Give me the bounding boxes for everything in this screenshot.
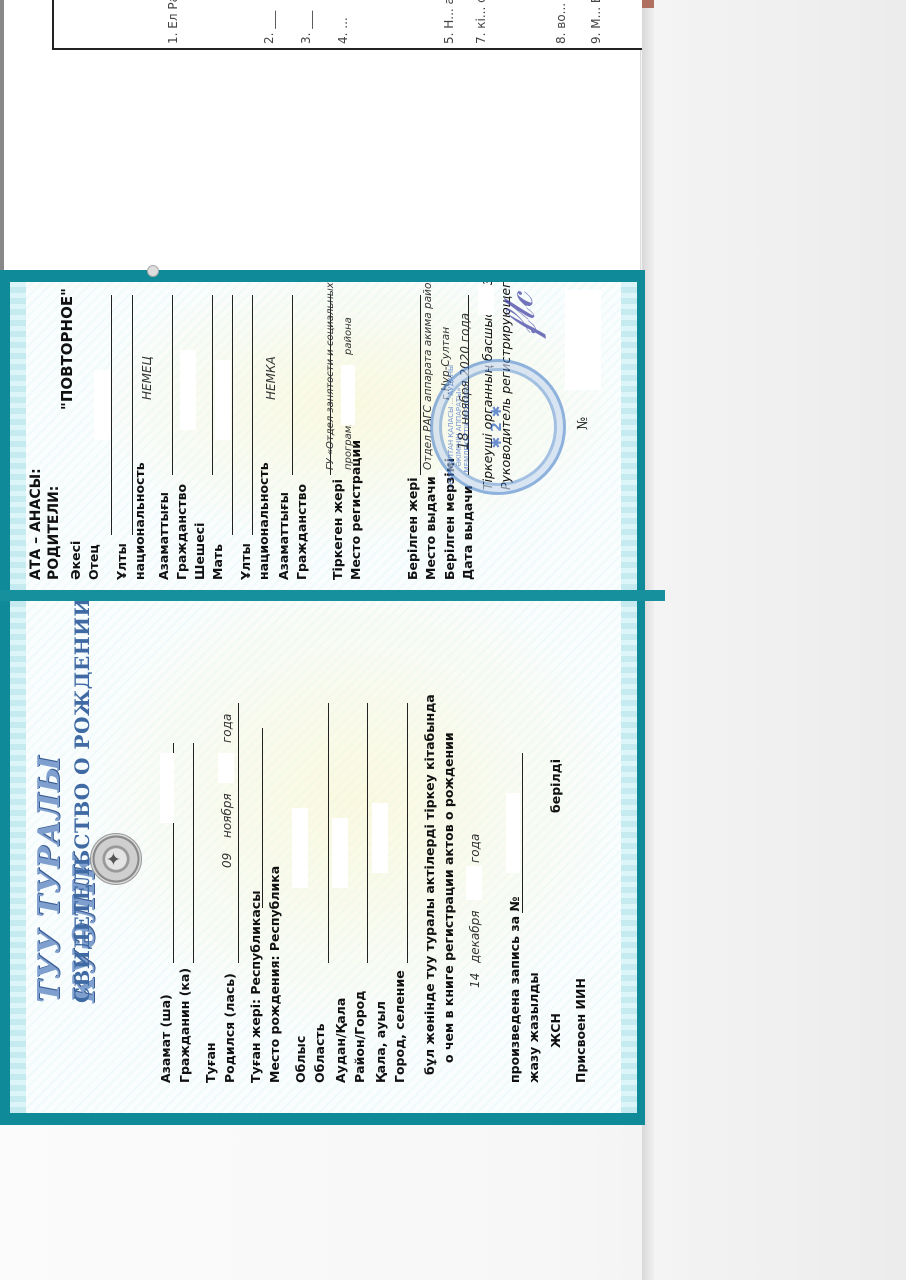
father-citizenship-line bbox=[212, 295, 213, 475]
certificate-fold bbox=[0, 590, 665, 601]
mother-nationality-label-ru: национальность bbox=[256, 462, 271, 580]
father-citizenship-label-kz: Азаматтығы bbox=[156, 492, 171, 580]
handwritten-signature-icon: 𝒻𝓁𝒸 bbox=[495, 290, 547, 343]
registry-month: декабря bbox=[468, 910, 482, 963]
title-russian: СВИДЕТЕЛЬСТВО О РОЖДЕНИИ bbox=[70, 597, 94, 1003]
partial-item: 7. кі... орыі... рег, bbox=[474, 0, 488, 44]
state-emblem-icon bbox=[90, 833, 142, 885]
child-info-page: ТУУ ТУРАЛЫ КУӘЛІК СВИДЕТЕЛЬСТВО О РОЖДЕН… bbox=[10, 593, 637, 1113]
birth-day: 09 bbox=[220, 853, 234, 868]
redacted-mother-name bbox=[215, 360, 231, 440]
record-number-line bbox=[522, 753, 523, 913]
registry-text-kz: бұл жөнінде туу туралы актілерді тіркеу … bbox=[422, 694, 437, 1075]
scan-hole-mark bbox=[147, 265, 159, 277]
town-line bbox=[407, 703, 408, 963]
iin-label-kz: ЖСН bbox=[548, 1013, 563, 1048]
citizen-line bbox=[193, 743, 194, 963]
partial-item: 5. Н... а... bbox=[442, 0, 456, 44]
record-label-kz: жазу жазылды bbox=[526, 972, 541, 1083]
certificate-number-sign: № bbox=[575, 417, 591, 430]
registration-line bbox=[420, 295, 421, 475]
registration-place-label-kz: Тіркеген жері bbox=[330, 479, 345, 580]
partial-document-items: 1. Ел Ра 2. ___ 3. ___ 4. ... 5. Н... а.… bbox=[54, 0, 644, 48]
registry-text-ru: о чем в книге регистрации актов о рожден… bbox=[441, 732, 456, 1063]
stamp-text: «НҰР-СҰЛТАН ҚАЛАСЫ ... АУДАНЫ ӘКІМІНІҢ А… bbox=[447, 362, 471, 492]
region-label-ru: Область bbox=[312, 1023, 327, 1083]
partial-item: 4. ... bbox=[336, 17, 350, 44]
redacted-region bbox=[292, 808, 308, 888]
issue-place-label-kz: Берілген жері bbox=[405, 477, 420, 580]
certificate-inner: ТУУ ТУРАЛЫ КУӘЛІК СВИДЕТЕЛЬСТВО О РОЖДЕН… bbox=[10, 282, 637, 1113]
district-label-ru: Район/Город bbox=[352, 991, 367, 1083]
father-nationality-line bbox=[172, 295, 173, 475]
record-label-ru: произведена запись за № bbox=[507, 897, 522, 1083]
birth-year-suffix: года bbox=[220, 714, 234, 743]
given-label-kz: берілді bbox=[548, 759, 563, 813]
duplicate-mark: "ПОВТОРНОЕ" bbox=[58, 288, 76, 410]
parents-info-page: АТА – АНАСЫ: РОДИТЕЛИ: "ПОВТОРНОЕ" Әкесі… bbox=[10, 282, 637, 590]
page-edge bbox=[0, 0, 4, 270]
redacted-district bbox=[332, 818, 348, 888]
registration-place-value: района bbox=[343, 317, 354, 355]
birth-month: ноября bbox=[220, 793, 234, 838]
redacted-field bbox=[160, 753, 174, 823]
mother-label-ru: Мать bbox=[210, 544, 225, 580]
issue-date-label-ru: Дата выдачи bbox=[460, 485, 475, 580]
mother-citizenship-label-kz: Азаматтығы bbox=[276, 492, 291, 580]
father-label-ru: Отец bbox=[86, 544, 101, 580]
partial-item: 9. М... В... bbox=[589, 0, 603, 44]
partial-item: 1. Ел Ра bbox=[166, 0, 180, 44]
registry-year-suffix: года bbox=[468, 834, 482, 863]
redacted-father-citizenship bbox=[180, 350, 196, 430]
region-label-kz: Облыс bbox=[293, 1036, 308, 1083]
partial-item: 2. ___ bbox=[262, 11, 276, 44]
birth-certificate: ТУУ ТУРАЛЫ КУӘЛІК СВИДЕТЕЛЬСТВО О РОЖДЕН… bbox=[0, 270, 645, 1125]
redacted-record-number bbox=[506, 793, 520, 873]
district-line bbox=[367, 703, 368, 963]
born-label-kz: Туған bbox=[203, 1042, 218, 1083]
birthplace-line bbox=[262, 728, 263, 908]
born-label-ru: Родился (лась) bbox=[222, 973, 237, 1083]
father-nationality-label-kz: Ұлты bbox=[114, 543, 129, 580]
issue-place-label-ru: Место выдачи bbox=[423, 476, 438, 580]
iin-label-ru: Присвоен ИИН bbox=[573, 978, 588, 1083]
mother-label-kz: Шешесі bbox=[192, 523, 207, 580]
father-citizenship-label-ru: Гражданство bbox=[174, 484, 189, 580]
official-stamp: «НҰР-СҰЛТАН ҚАЛАСЫ ... АУДАНЫ ӘКІМІНІҢ А… bbox=[430, 359, 566, 495]
partial-document-frame: 1. Ел Ра 2. ___ 3. ___ 4. ... 5. Н... а.… bbox=[52, 0, 646, 50]
region-line bbox=[328, 703, 329, 963]
mother-line bbox=[232, 295, 233, 535]
town-label-ru: Город, селение bbox=[392, 970, 407, 1083]
partial-item: 8. во... bbox=[554, 3, 568, 44]
father-nationality-label-ru: национальность bbox=[132, 462, 147, 580]
birth-date-line bbox=[238, 703, 239, 963]
registration-place-value: ГУ «Отдел занятости и социальных bbox=[325, 282, 336, 470]
partial-item: 3. ___ bbox=[299, 11, 313, 44]
mother-nationality-label-kz: Ұлты bbox=[238, 543, 253, 580]
redacted-certificate-number bbox=[565, 290, 601, 390]
partial-document-page: 1. Ел Ра 2. ___ 3. ___ 4. ... 5. Н... а.… bbox=[0, 0, 641, 270]
birthplace-label-ru: Место рождения: Республика bbox=[267, 866, 282, 1083]
redacted-registry-year bbox=[466, 866, 482, 900]
edge-mark bbox=[642, 0, 654, 8]
redacted-district-name bbox=[341, 365, 355, 425]
redacted-head-name bbox=[478, 285, 494, 315]
mother-line bbox=[252, 295, 253, 535]
parents-heading-ru: РОДИТЕЛИ: bbox=[46, 486, 62, 580]
father-nationality-value: НЕМЕЦ bbox=[140, 356, 154, 400]
father-label-kz: Әкесі bbox=[68, 541, 83, 580]
citizen-label-kz: Азамат (ша) bbox=[158, 994, 173, 1083]
mother-nationality-value: НЕМКА bbox=[264, 356, 278, 400]
citizen-label-ru: Гражданин (ка) bbox=[177, 968, 192, 1083]
district-label-kz: Аудан/Қала bbox=[333, 998, 348, 1083]
redacted-year bbox=[218, 753, 234, 783]
registry-day: 14 bbox=[468, 973, 482, 988]
mother-nationality-line bbox=[292, 295, 293, 475]
father-line bbox=[111, 295, 112, 535]
redacted-father-name bbox=[94, 370, 110, 440]
birthplace-label-kz: Туған жері: Республикасы bbox=[248, 891, 263, 1084]
town-label-kz: Қала, ауыл bbox=[373, 1001, 388, 1083]
redacted-town bbox=[372, 803, 388, 873]
mother-citizenship-label-ru: Гражданство bbox=[294, 484, 309, 580]
parents-heading-kz: АТА – АНАСЫ: bbox=[28, 468, 44, 580]
